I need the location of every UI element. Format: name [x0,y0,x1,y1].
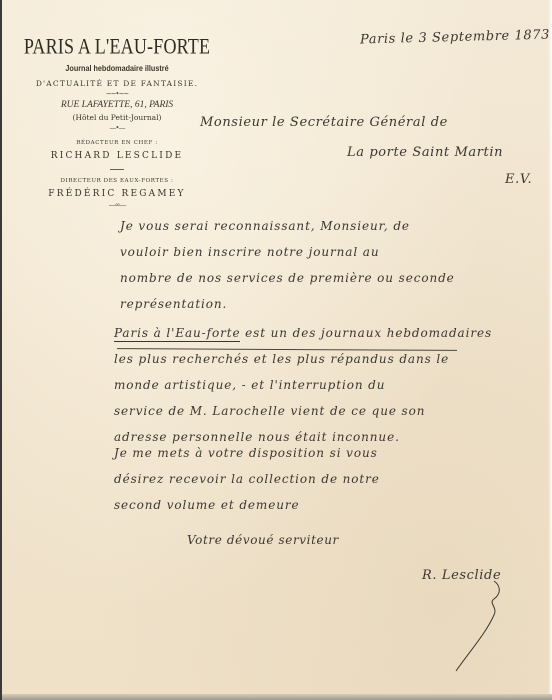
paragraph-line: Je vous serai reconnaissant, Monsieur, d… [120,213,455,239]
recipient-line-1: Monsieur le Secrétaire Général de [200,115,448,130]
paragraph-line: vouloir bien inscrire notre journal au [120,239,455,265]
paragraph-line: Paris à l'Eau-forte est un des journaux … [114,320,492,346]
recipient-line-3: E.V. [505,172,532,187]
paragraph-line: désirez recevoir la collection de notre [114,466,380,492]
director-role: DIRECTEUR DES EAUX-FORTES : [22,178,212,184]
editor-role: RÉDACTEUR EN CHEF : [22,140,212,146]
letterhead-tagline: D'ACTUALITÉ ET DE FANTAISIE. [22,79,212,88]
letterhead-subtitle: Journal hebdomadaire illustré [36,63,198,73]
closing-salutation: Votre dévoué serviteur [187,533,339,547]
letterhead: PARIS A L'EAU-FORTE Journal hebdomadaire… [22,36,212,209]
scan-border [2,694,552,700]
paragraph-2: Paris à l'Eau-forte est un des journaux … [114,320,492,450]
paragraph-line-rest: est un des journaux hebdomadaires [240,326,492,340]
paragraph-3: Je me mets à votre disposition si vous d… [114,440,380,518]
ornament-icon: —•— [22,124,212,132]
paragraph-line: nombre de nos services de première ou se… [120,265,455,291]
letter-date: Paris le 3 Septembre 1873 [360,28,550,48]
divider [110,169,124,170]
letterhead-title: PARIS A L'EAU-FORTE [22,33,212,59]
paragraph-line: monde artistique, - et l'interruption du [114,372,492,398]
signature-flourish-icon [442,575,512,675]
paragraph-1: Je vous serai reconnaissant, Monsieur, d… [120,213,455,317]
letter-page: PARIS A L'EAU-FORTE Journal hebdomadaire… [0,0,552,700]
director-name: FRÉDÉRIC REGAMEY [22,189,212,199]
editor-name: RICHARD LESCLIDE [22,151,212,161]
journal-title-underlined: Paris à l'Eau-forte [114,326,240,342]
paragraph-line: représentation. [120,291,455,317]
ornament-icon: —∞— [22,201,212,209]
letterhead-address: RUE LAFAYETTE, 61, PARIS [22,100,212,110]
paragraph-line: service de M. Larochelle vient de ce que… [114,398,492,424]
torn-edge [548,0,552,700]
paragraph-line: second volume et demeure [114,492,380,518]
ornament-icon: ~~•~~ [22,90,212,98]
letterhead-hotel: (Hôtel du Petit-Journal) [22,113,212,122]
paragraph-line: Je me mets à votre disposition si vous [114,440,380,466]
recipient-line-2: La porte Saint Martin [347,145,503,160]
